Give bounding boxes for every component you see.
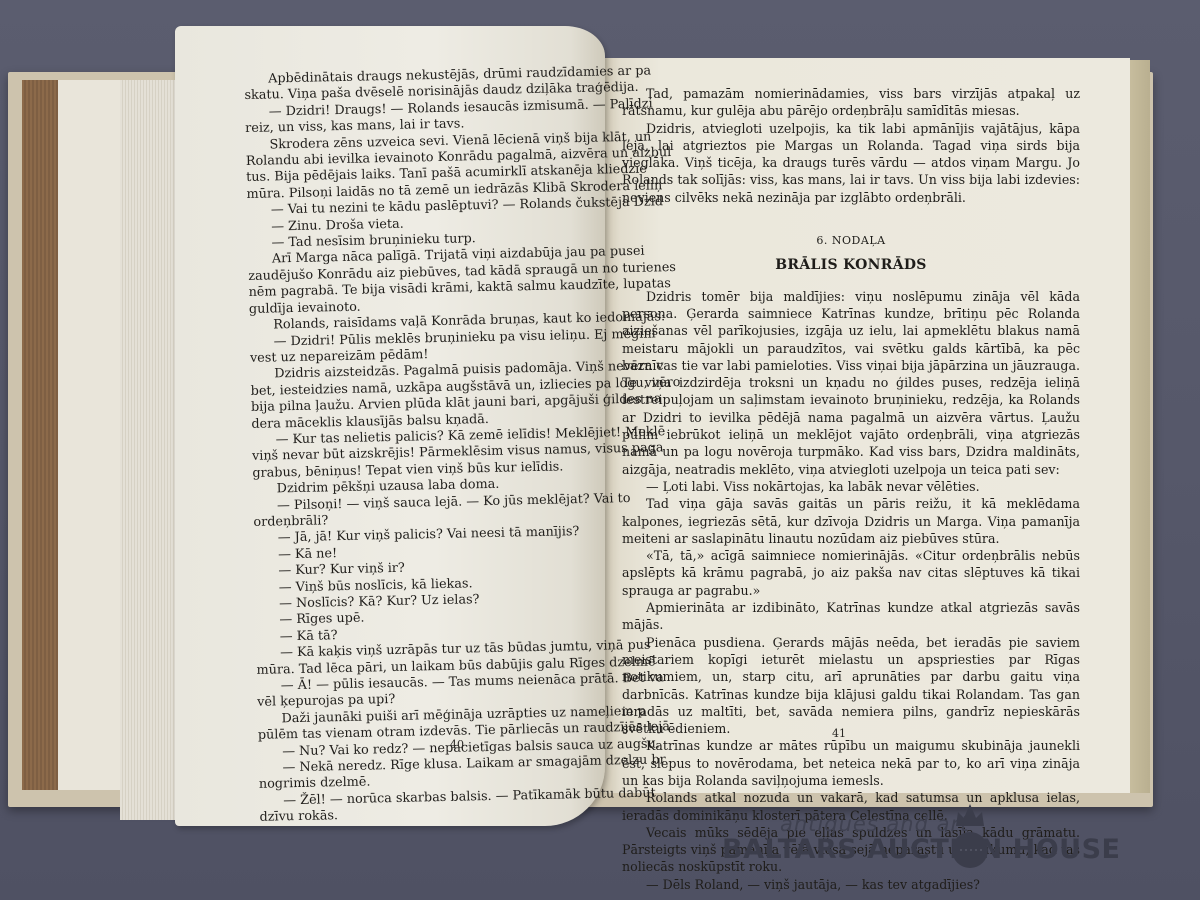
right-page-text: Tad, pamazām nomierinādamies, viss bars …	[622, 85, 1080, 893]
paragraph: Apmierināta ar izdibināto, Katrīnas kund…	[622, 599, 1080, 634]
paragraph: Dzidris tomēr bija maldījies: viņu noslē…	[622, 288, 1080, 478]
auction-house-watermark: antiques and art BALTARS AUCTI N HOUSE	[722, 808, 1122, 880]
paragraph: Tad, pamazām nomierinādamies, viss bars …	[622, 85, 1080, 120]
paragraph: — Ļoti labi. Viss nokārtojas, ka labāk n…	[622, 478, 1080, 495]
watermark-tagline: antiques and art	[780, 812, 969, 836]
paragraph: Tad viņa gāja savās gaitās un pāris reiž…	[622, 495, 1080, 547]
crown-icon	[954, 804, 986, 828]
right-page-chapter-body: Dzidris tomēr bija maldījies: viņu noslē…	[622, 288, 1080, 893]
right-page-opening-paragraphs: Tad, pamazām nomierinādamies, viss bars …	[622, 85, 1080, 206]
left-page-number: 40	[450, 738, 464, 751]
cover-spine-strip	[22, 80, 58, 790]
chapter-title: BRĀLIS KONRĀDS	[622, 257, 1080, 274]
paragraph: Dzidris, atviegloti uzelpojis, ka tik la…	[622, 120, 1080, 206]
watermark-name: BALTARS AUCTI N HOUSE	[722, 834, 1121, 865]
left-page-text: Apbēdinātais draugs nekustējās, drūmi ra…	[244, 64, 620, 826]
right-cover-edge	[1128, 60, 1150, 793]
page-stack-edge	[120, 80, 180, 820]
paragraph: «Tā, tā,» acīgā saimniece nomierinājās. …	[622, 547, 1080, 599]
orb-icon	[950, 830, 990, 870]
chapter-number: 6. NODAĻA	[622, 232, 1080, 249]
paragraph: Katrīnas kundze ar mātes rūpību un maigu…	[622, 737, 1080, 789]
right-page-number: 41	[832, 727, 846, 740]
paragraph: Pienāca pusdiena. Ģerards mājās neēda, b…	[622, 634, 1080, 738]
